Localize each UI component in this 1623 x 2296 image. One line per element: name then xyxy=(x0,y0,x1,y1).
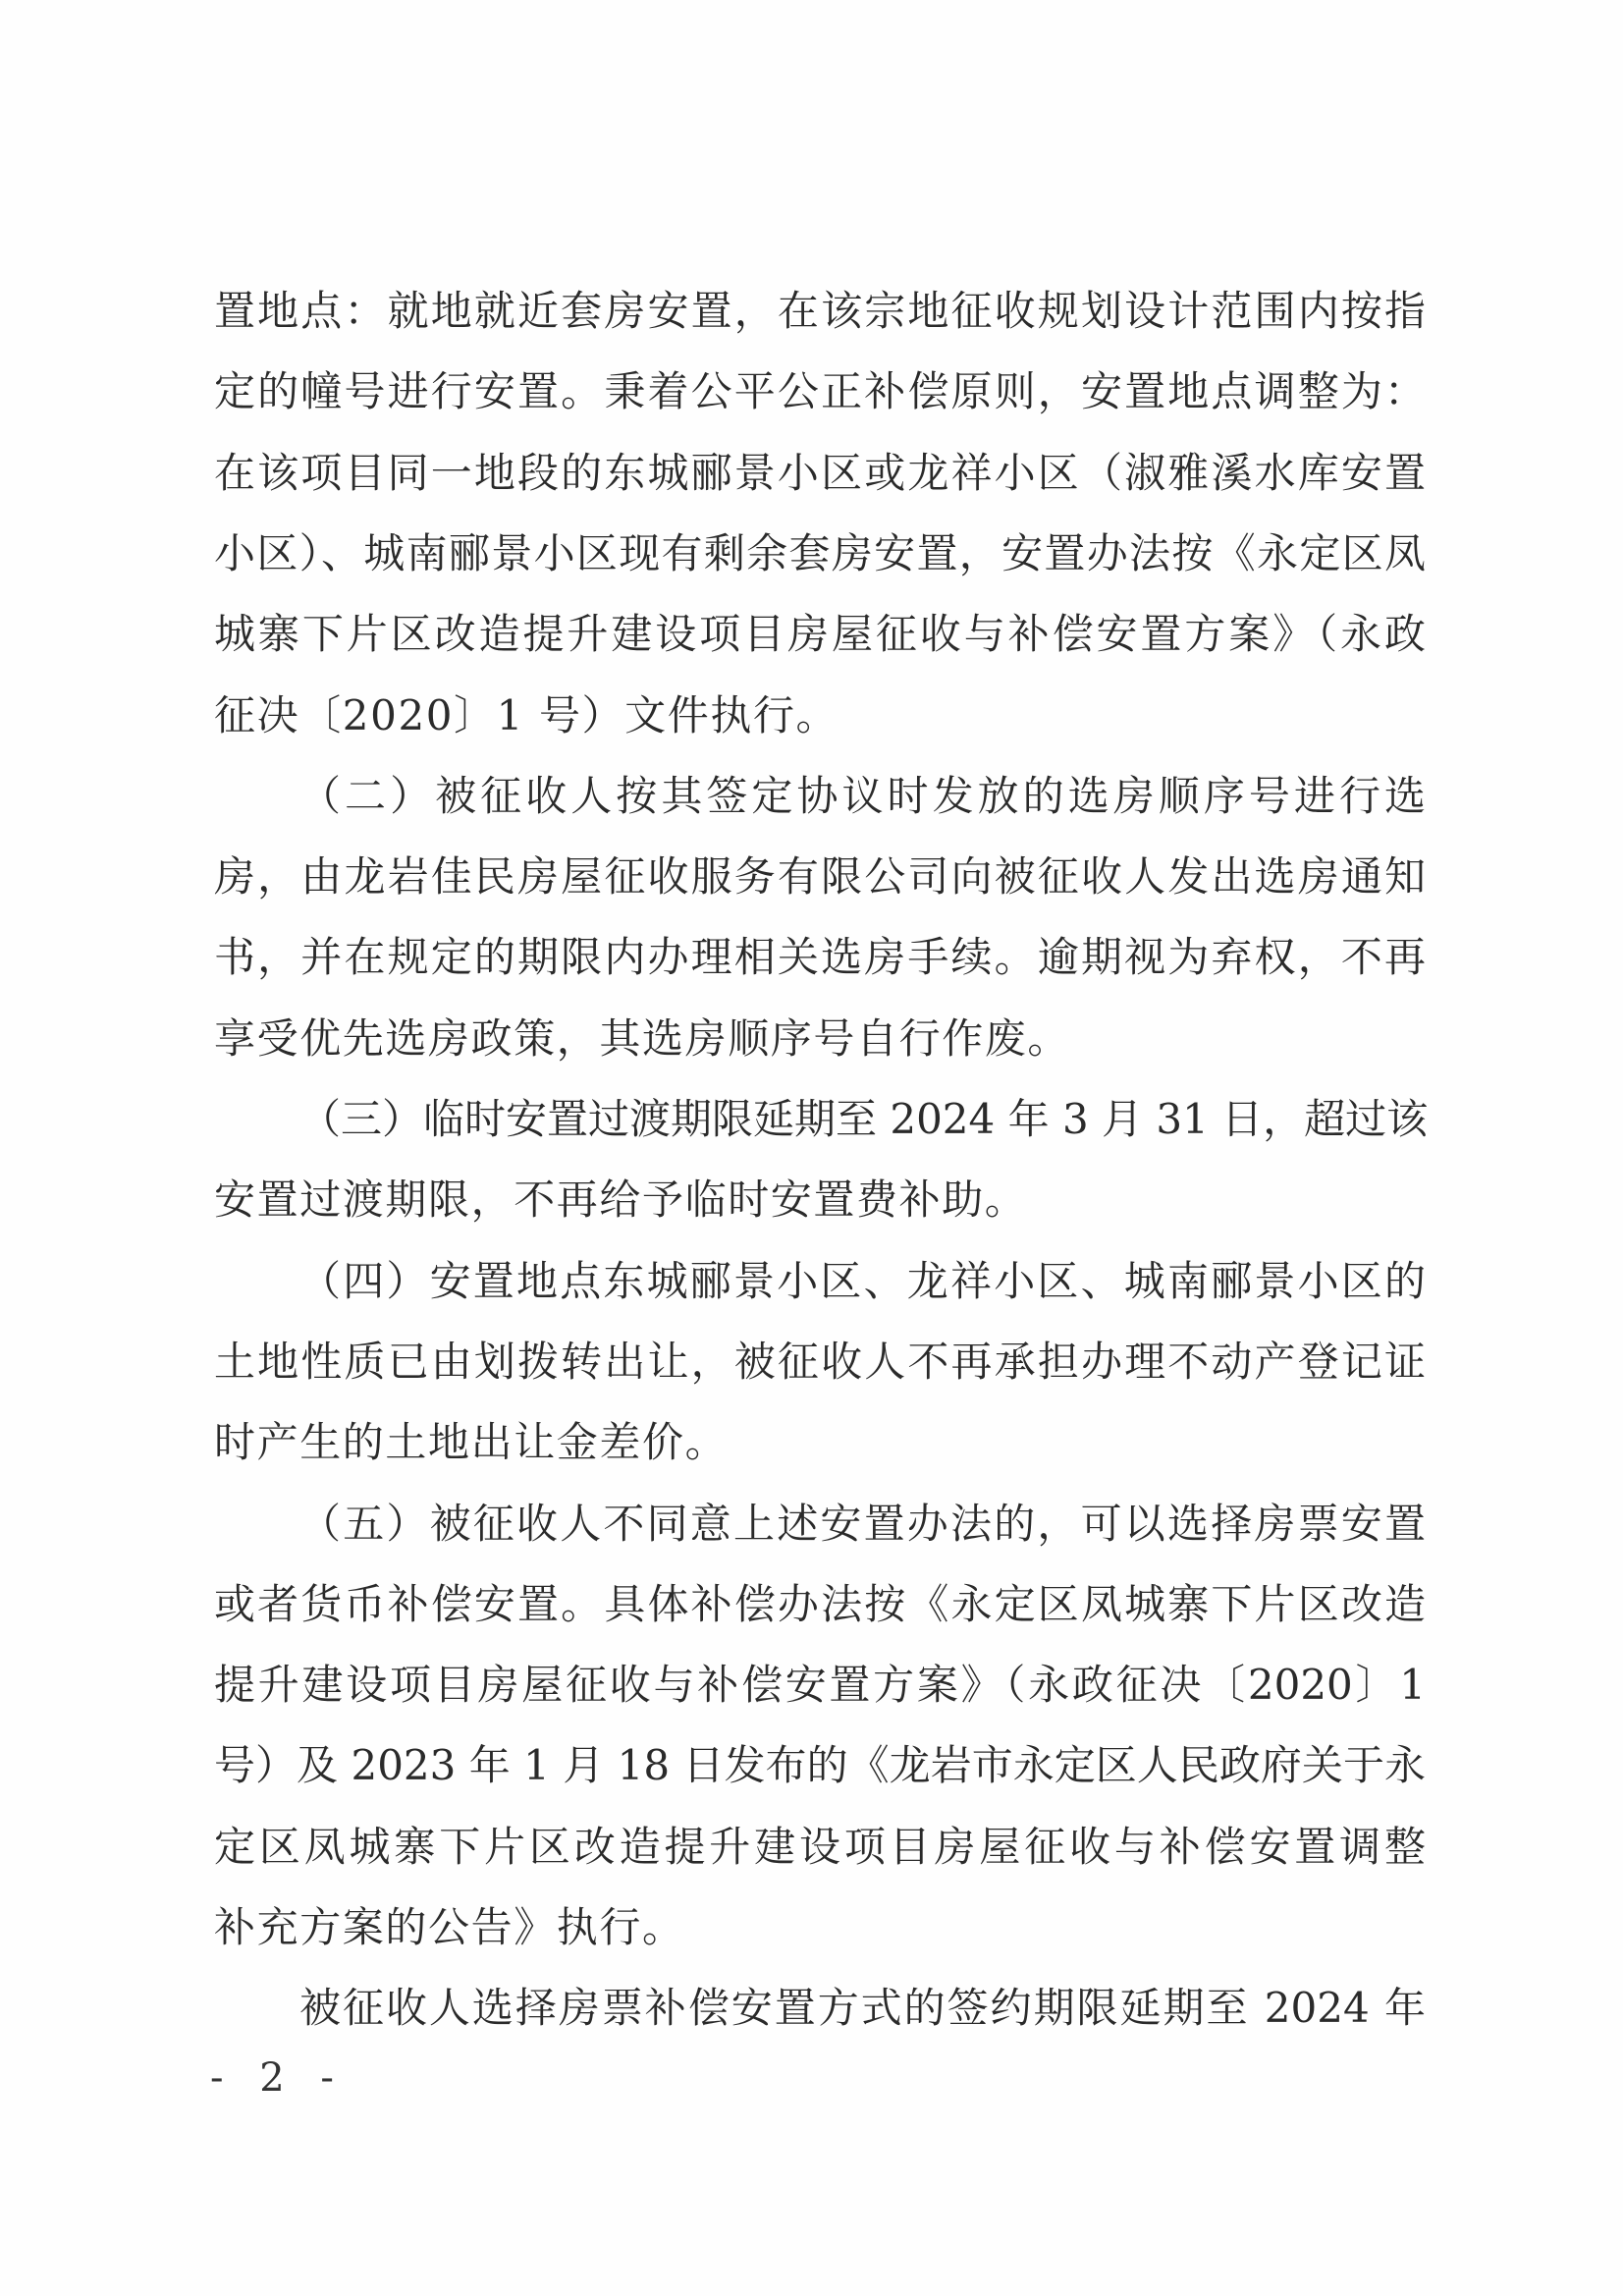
text-line: （四）安置地点东城郦景小区、龙祥小区、城南郦景小区的 xyxy=(299,1257,1426,1306)
text-line: （三）临时安置过渡期限延期至 2024 年 3 月 31 日，超过该 xyxy=(299,1095,1426,1144)
text-line: 补充方案的公告》执行。 xyxy=(214,1903,1426,1952)
text-line: 置地点：就地就近套房安置，在该宗地征收规划设计范围内按指 xyxy=(214,287,1426,336)
text-line: 定区凤城寨下片区改造提升建设项目房屋征收与补偿安置调整 xyxy=(214,1823,1426,1872)
text-line: 号）及 2023 年 1 月 18 日发布的《龙岩市永定区人民政府关于永 xyxy=(214,1741,1426,1790)
text-line: 时产生的土地出让金差价。 xyxy=(214,1418,1426,1467)
text-line: 在该项目同一地段的东城郦景小区或龙祥小区（淑雅溪水库安置 xyxy=(214,449,1426,498)
text-line: 征决〔2020〕1 号）文件执行。 xyxy=(214,691,1426,740)
text-line: 土地性质已由划拨转出让，被征收人不再承担办理不动产登记证 xyxy=(214,1338,1426,1387)
text-line: 安置过渡期限，不再给予临时安置费补助。 xyxy=(214,1175,1426,1225)
text-line: 被征收人选择房票补偿安置方式的签约期限延期至 2024 年 xyxy=(299,1984,1426,2033)
document-page: 置地点：就地就近套房安置，在该宗地征收规划设计范围内按指定的幢号进行安置。秉着公… xyxy=(0,0,1623,2296)
text-line: 或者货币补偿安置。具体补偿办法按《永定区凤城寨下片区改造 xyxy=(214,1580,1426,1629)
text-line: 房，由龙岩佳民房屋征收服务有限公司向被征收人发出选房通知 xyxy=(214,852,1426,902)
text-line: （二）被征收人按其签定协议时发放的选房顺序号进行选 xyxy=(299,772,1426,821)
text-line: 提升建设项目房屋征收与补偿安置方案》（永政征决〔2020〕1 xyxy=(214,1661,1426,1710)
text-line: （五）被征收人不同意上述安置办法的，可以选择房票安置 xyxy=(299,1500,1426,1549)
text-line: 城寨下片区改造提升建设项目房屋征收与补偿安置方案》（永政 xyxy=(214,610,1426,659)
text-line: 书，并在规定的期限内办理相关选房手续。逾期视为弃权，不再 xyxy=(214,933,1426,982)
text-line: 小区）、城南郦景小区现有剩余套房安置，安置办法按《永定区凤 xyxy=(214,529,1426,578)
text-line: 定的幢号进行安置。秉着公平公正补偿原则，安置地点调整为： xyxy=(214,367,1426,416)
page-number: - 2 - xyxy=(210,2056,346,2100)
text-line: 享受优先选房政策，其选房顺序号自行作废。 xyxy=(214,1014,1426,1064)
